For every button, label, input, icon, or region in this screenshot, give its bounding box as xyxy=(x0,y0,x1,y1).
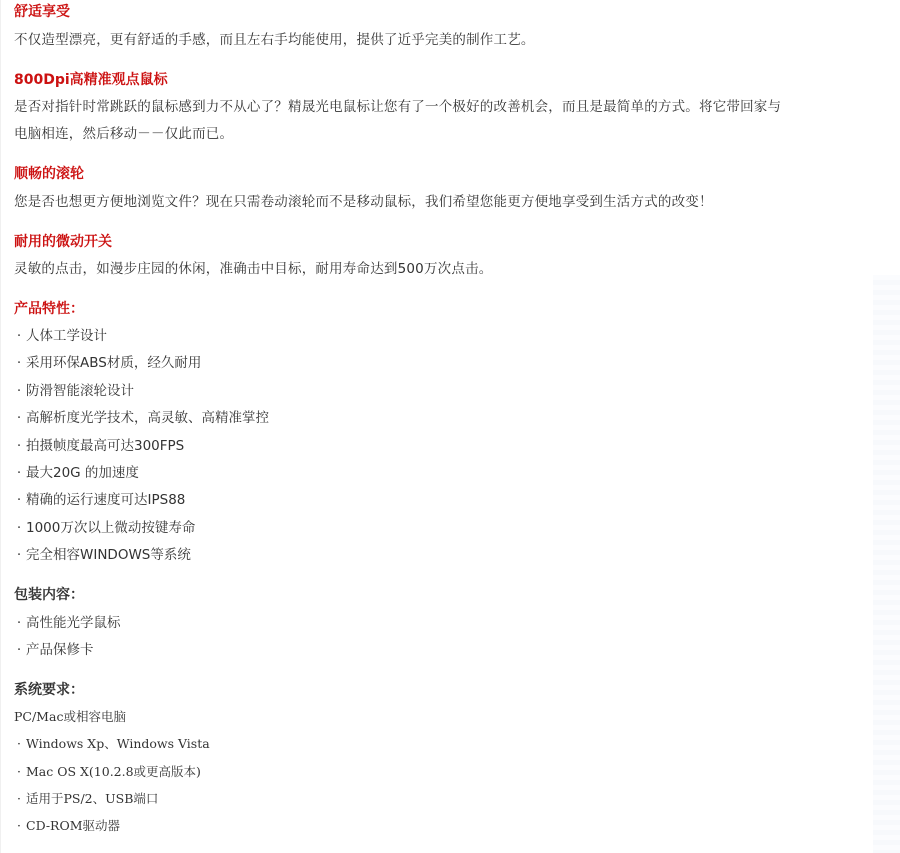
requirement-item: ·Mac OS X(10.2.8或更高版本) xyxy=(14,763,201,781)
bullet-icon: · xyxy=(14,735,24,753)
requirement-item-label: CD-ROM驱动器 xyxy=(26,818,120,833)
feature-item-label: 完全相容WINDOWS等系统 xyxy=(26,547,191,563)
bullet-icon: · xyxy=(14,491,24,509)
feature-item: ·高解析度光学技术，高灵敏、高精准掌控 xyxy=(14,409,269,427)
package-item: ·产品保修卡 xyxy=(14,641,94,659)
feature-item-label: 精确的运行速度可达IPS88 xyxy=(26,492,185,508)
feature-item-label: 高解析度光学技术，高灵敏、高精准掌控 xyxy=(26,410,269,426)
feature-item: ·人体工学设计 xyxy=(14,327,107,345)
section-paragraph-800dpi-line2: 电脑相连，然后移动－－仅此而已。 xyxy=(14,125,233,143)
bullet-icon: · xyxy=(14,790,24,808)
feature-item: ·防滑智能滚轮设计 xyxy=(14,382,134,400)
requirement-item-label: Windows Xp、Windows Vista xyxy=(26,736,210,751)
bullet-icon: · xyxy=(14,437,24,455)
section-heading-comfort: 舒适享受 xyxy=(14,3,70,21)
section-heading-micro-switch: 耐用的微动开关 xyxy=(14,233,112,251)
requirement-item-label: 适用于PS/2、USB端口 xyxy=(26,791,158,806)
section-heading-800dpi: 800Dpi高精准观点鼠标 xyxy=(14,71,168,89)
bullet-icon: · xyxy=(14,327,24,345)
section-paragraph-comfort: 不仅造型漂亮，更有舒适的手感，而且左右手均能使用，提供了近乎完美的制作工艺。 xyxy=(14,31,535,49)
requirements-heading: 系统要求： xyxy=(14,681,84,699)
requirement-item-label: Mac OS X(10.2.8或更高版本) xyxy=(26,764,201,779)
feature-item-label: 采用环保ABS材质，经久耐用 xyxy=(26,355,201,371)
feature-item-label: 最大20G 的加速度 xyxy=(26,465,139,481)
package-item-label: 产品保修卡 xyxy=(26,642,94,658)
bullet-icon: · xyxy=(14,614,24,632)
bullet-icon: · xyxy=(14,817,24,835)
section-heading-scroll-wheel: 顺畅的滚轮 xyxy=(14,165,84,183)
package-item: ·高性能光学鼠标 xyxy=(14,614,121,632)
feature-item: ·采用环保ABS材质，经久耐用 xyxy=(14,354,201,372)
section-paragraph-800dpi-line1: 是否对指针时常跳跃的鼠标感到力不从心了？精晟光电鼠标让您有了一个极好的改善机会，… xyxy=(14,98,781,116)
bullet-icon: · xyxy=(14,354,24,372)
bullet-icon: · xyxy=(14,763,24,781)
package-heading: 包装内容： xyxy=(14,586,84,604)
section-paragraph-scroll-wheel: 您是否也想更方便地浏览文件？现在只需卷动滚轮而不是移动鼠标，我们希望您能更方便地… xyxy=(14,193,713,211)
requirement-item: ·适用于PS/2、USB端口 xyxy=(14,790,158,808)
feature-item-label: 拍摄帧度最高可达300FPS xyxy=(26,438,184,454)
left-border xyxy=(0,0,1,853)
requirement-item: ·Windows Xp、Windows Vista xyxy=(14,735,210,753)
right-edge-strip xyxy=(873,275,900,853)
requirements-intro: PC/Mac或相容电脑 xyxy=(14,708,126,726)
feature-item: ·完全相容WINDOWS等系统 xyxy=(14,546,191,564)
bullet-icon: · xyxy=(14,464,24,482)
bullet-icon: · xyxy=(14,641,24,659)
feature-item: ·拍摄帧度最高可达300FPS xyxy=(14,437,184,455)
bullet-icon: · xyxy=(14,382,24,400)
features-heading: 产品特性： xyxy=(14,300,84,318)
requirement-item: ·CD-ROM驱动器 xyxy=(14,817,120,835)
feature-item-label: 防滑智能滚轮设计 xyxy=(26,383,134,399)
feature-item-label: 人体工学设计 xyxy=(26,328,107,344)
feature-item: ·最大20G 的加速度 xyxy=(14,464,139,482)
bullet-icon: · xyxy=(14,546,24,564)
feature-item: ·精确的运行速度可达IPS88 xyxy=(14,491,185,509)
package-item-label: 高性能光学鼠标 xyxy=(26,615,121,631)
bullet-icon: · xyxy=(14,519,24,537)
feature-item: ·1000万次以上微动按键寿命 xyxy=(14,519,195,537)
feature-item-label: 1000万次以上微动按键寿命 xyxy=(26,520,195,536)
bullet-icon: · xyxy=(14,409,24,427)
section-paragraph-micro-switch: 灵敏的点击，如漫步庄园的休闲，准确击中目标，耐用寿命达到500万次点击。 xyxy=(14,260,492,278)
